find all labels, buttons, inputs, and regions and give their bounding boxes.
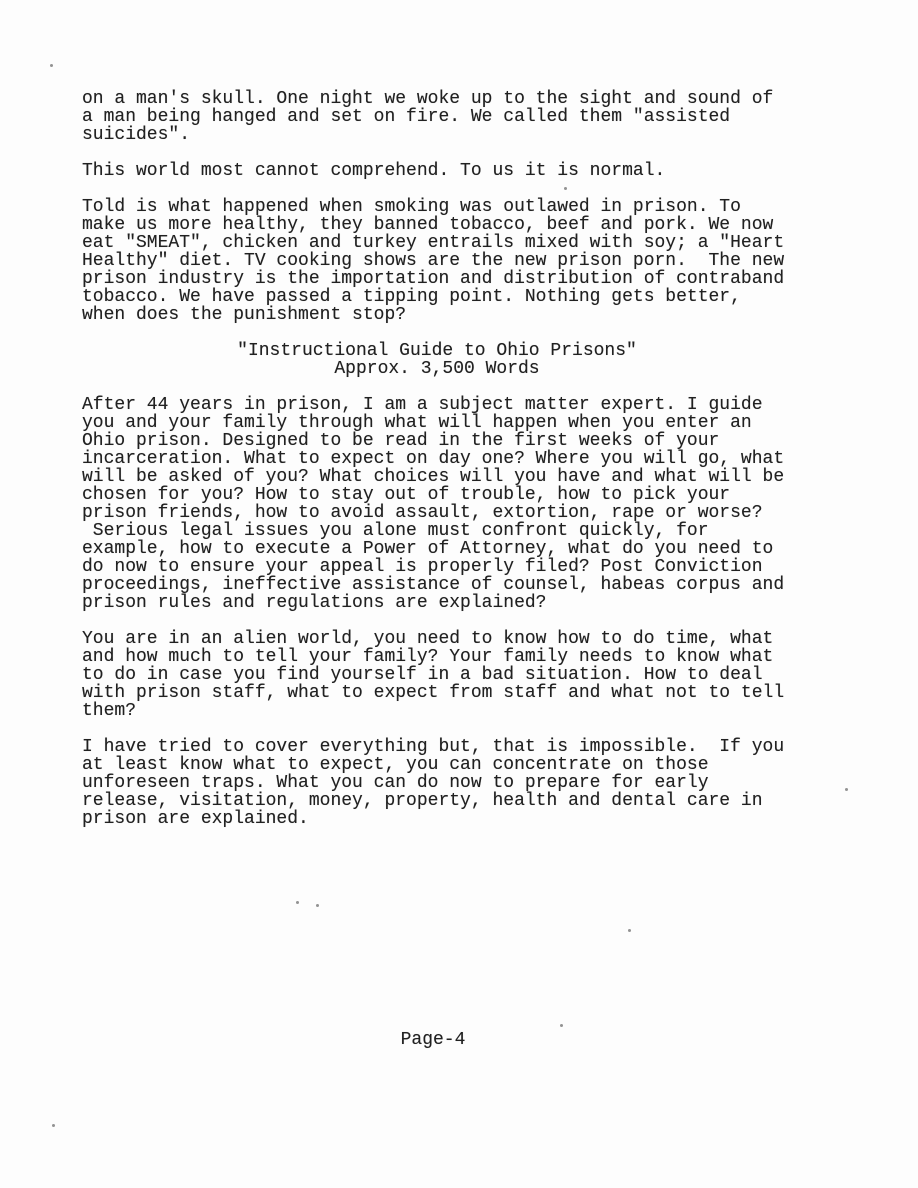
scan-speck [50,64,53,67]
text-line: proceedings, ineffective assistance of c… [82,576,792,594]
text-line: on a man's skull. One night we woke up t… [82,90,792,108]
title-block: "Instructional Guide to Ohio Prisons"App… [82,342,792,378]
scan-speck [296,901,299,904]
text-line: prison industry is the importation and d… [82,270,792,288]
text-line: prison are explained. [82,810,792,828]
text-line: eat "SMEAT", chicken and turkey entrails… [82,234,792,252]
text-line: incarceration. What to expect on day one… [82,450,792,468]
scan-speck [316,904,319,907]
paragraph: I have tried to cover everything but, th… [82,738,792,828]
text-line: This world most cannot comprehend. To us… [82,162,792,180]
text-line: Serious legal issues you alone must conf… [82,522,792,540]
text-line: them? [82,702,792,720]
text-line: with prison staff, what to expect from s… [82,684,792,702]
text-line: Told is what happened when smoking was o… [82,198,792,216]
text-line: Healthy" diet. TV cooking shows are the … [82,252,792,270]
scan-speck [52,1124,55,1127]
document-body: on a man's skull. One night we woke up t… [82,90,792,846]
paragraph: After 44 years in prison, I am a subject… [82,396,792,612]
text-line: release, visitation, money, property, he… [82,792,792,810]
text-line: unforeseen traps. What you can do now to… [82,774,792,792]
text-line: do now to ensure your appeal is properly… [82,558,792,576]
text-line: when does the punishment stop? [82,306,792,324]
text-line: example, how to execute a Power of Attor… [82,540,792,558]
scan-speck [560,1024,563,1027]
text-line: to do in case you find yourself in a bad… [82,666,792,684]
scan-speck [564,187,567,190]
text-line: tobacco. We have passed a tipping point.… [82,288,792,306]
text-line: suicides". [82,126,792,144]
text-line: at least know what to expect, you can co… [82,756,792,774]
text-line: After 44 years in prison, I am a subject… [82,396,792,414]
text-line: Approx. 3,500 Words [82,360,792,378]
scan-speck [628,929,631,932]
text-line: you and your family through what will ha… [82,414,792,432]
paragraph: This world most cannot comprehend. To us… [82,162,792,180]
text-line: will be asked of you? What choices will … [82,468,792,486]
text-line: You are in an alien world, you need to k… [82,630,792,648]
text-line: "Instructional Guide to Ohio Prisons" [82,342,792,360]
text-line: prison rules and regulations are explain… [82,594,792,612]
paragraph: You are in an alien world, you need to k… [82,630,792,720]
paragraph: Told is what happened when smoking was o… [82,198,792,324]
scan-speck [845,788,848,791]
text-line: and how much to tell your family? Your f… [82,648,792,666]
text-line: chosen for you? How to stay out of troub… [82,486,792,504]
text-line: make us more healthy, they banned tobacc… [82,216,792,234]
page-number: Page-4 [82,1031,784,1049]
text-line: prison friends, how to avoid assault, ex… [82,504,792,522]
text-line: I have tried to cover everything but, th… [82,738,792,756]
document-page: on a man's skull. One night we woke up t… [0,0,918,1188]
text-line: Ohio prison. Designed to be read in the … [82,432,792,450]
text-line: a man being hanged and set on fire. We c… [82,108,792,126]
paragraph: on a man's skull. One night we woke up t… [82,90,792,144]
